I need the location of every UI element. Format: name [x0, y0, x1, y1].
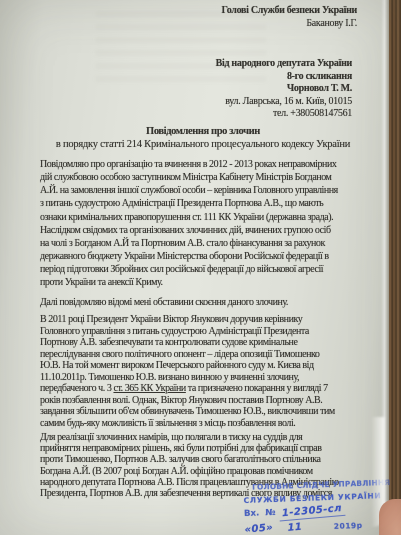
- sender-convocation: 8-го скликання: [216, 71, 352, 84]
- text-line: Головного управління з питань судоустрою…: [40, 326, 335, 338]
- law-article-prefix: передбаченого ч. 3: [40, 383, 113, 394]
- salmon-corner-object: [379, 499, 401, 535]
- text-line: проти Тимошенко, Портнов А.В. залучив св…: [40, 454, 339, 465]
- stamp-date-day-handwritten: «05»: [244, 522, 273, 535]
- text-line: дій службовою особою заступником Міністр…: [40, 171, 338, 184]
- paragraph-3-lines-b: років позбавлення волі. Однак, Віктор Ян…: [40, 395, 335, 430]
- text-line: років позбавлення волі. Однак, Віктор Ян…: [40, 395, 335, 407]
- law-article-reference: ст. 365 КК України: [113, 383, 185, 394]
- sender-address: вул. Лаврська, 16 м. Київ, 01015: [216, 96, 352, 109]
- text-line: проти України та анексії Криму.: [40, 276, 338, 289]
- text-line: Далі повідомляю відомі мені обставини ск…: [40, 296, 288, 309]
- paragraph-3: В 2011 році Президент України Віктор Яну…: [40, 314, 335, 429]
- recipient-name: Баканову І.Г.: [222, 18, 357, 31]
- stamp-entry-label: Вх.: [244, 508, 260, 519]
- text-line: переслідування свого політичного опонент…: [40, 349, 335, 361]
- text-line: завдання збільшити об'єм обвинувачень Ти…: [40, 406, 335, 418]
- text-line: прийняття неправомірних рішень, які були…: [40, 443, 339, 454]
- text-line: 11.10.2011р. Тимошенко Ю.В. визнано винн…: [40, 372, 335, 384]
- paragraph-1: Повідомляю про організацію та вчинення в…: [40, 158, 338, 290]
- text-line: період підготовки Збройних сил російсько…: [40, 263, 338, 276]
- text-line: Наслідком свідомих та організованих злоч…: [40, 224, 338, 237]
- text-line: з питань судоустрою Адміністрації Презид…: [40, 197, 338, 210]
- text-line: передбаченого ч. 3 ст. 365 КК України та…: [40, 383, 335, 395]
- text-line: державного бюджету України Міністерства …: [40, 250, 338, 263]
- text-line: самим будь-яку можливість її звільнення …: [40, 418, 335, 430]
- sender-name: Чорновол Т. М.: [216, 83, 352, 96]
- sender-role: Від народного депутата України: [216, 58, 352, 71]
- text-line: Повідомляю про організацію та вчинення в…: [40, 158, 338, 171]
- paragraph-1-lines: Повідомляю про організацію та вчинення в…: [40, 158, 338, 290]
- paper-right-edge: [381, 0, 389, 535]
- text-line: Ю.В. На той момент вироком Печерського р…: [40, 360, 335, 372]
- paragraph-2: Далі повідомляю відомі мені обставини ск…: [40, 296, 288, 309]
- document-subtitle: в порядку статті 214 Кримінального проце…: [8, 139, 398, 150]
- stamp-date-year: 2019р: [334, 521, 363, 531]
- paragraph-3-lines-a: В 2011 році Президент України Віктор Яну…: [40, 314, 335, 383]
- document-photo: Голові Служби безпеки України Баканову І…: [0, 0, 401, 535]
- paper-sheet: Голові Служби безпеки України Баканову І…: [0, 0, 389, 535]
- text-line: А.Й. на замовлення іншої службової особи…: [40, 184, 338, 197]
- text-line: Портнову А.В. забезпечувати та контролюв…: [40, 337, 335, 349]
- recipient-title: Голові Служби безпеки України: [222, 5, 357, 18]
- text-line: на чолі з Богданом А.Й та Портновим А.В.…: [40, 237, 338, 250]
- recipient-block: Голові Служби безпеки України Баканову І…: [222, 5, 357, 30]
- text-line: ознаки кримінальних правопорушення ст. 1…: [40, 211, 338, 224]
- law-article-suffix: та призначено покарання у вигляді 7: [186, 383, 328, 394]
- stamp-date-month-handwritten: 11: [287, 522, 303, 534]
- text-line: Богдана А.Й. (В 2007 році Богдан А.Й. оф…: [40, 466, 339, 477]
- text-line: Для реалізації злочинних намірів, що пол…: [40, 432, 339, 443]
- stamp-number-sign: №: [265, 508, 276, 518]
- document-title: Повідомлення про злочин: [8, 126, 398, 137]
- sender-block: Від народного депутата України 8-го скли…: [216, 58, 352, 121]
- sender-phone: тел. +380508147561: [216, 108, 352, 121]
- stamp-entry-number-handwritten: 1-2305-сл: [279, 503, 346, 522]
- text-line: В 2011 році Президент України Віктор Яну…: [40, 314, 335, 326]
